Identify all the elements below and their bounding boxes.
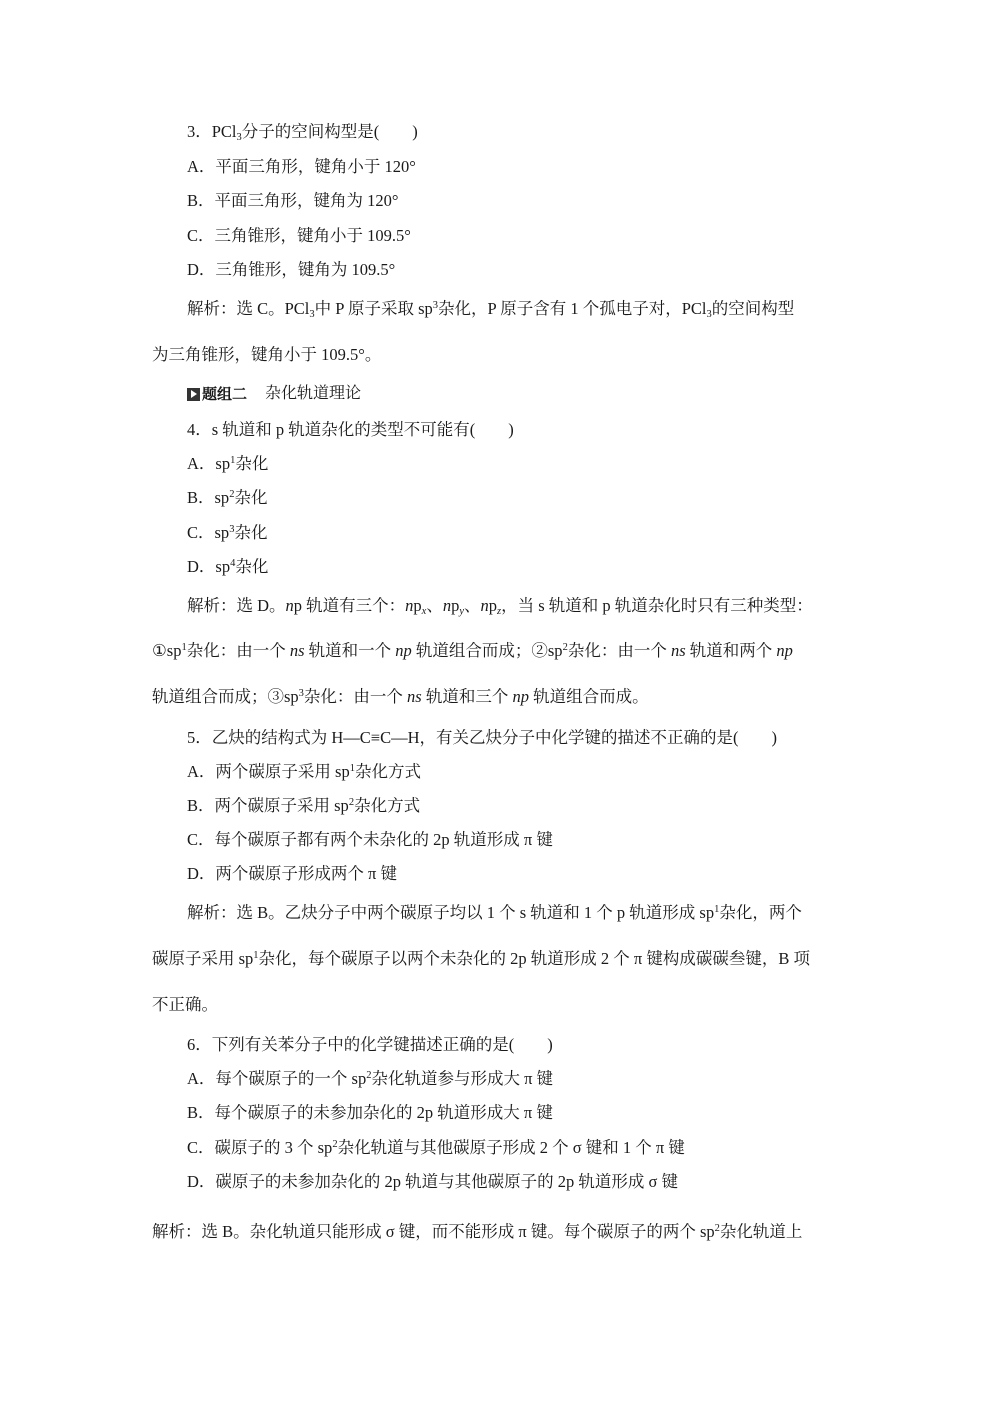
question-5-analysis-line3: 不正确。 xyxy=(152,995,218,1015)
section-title: 题组二 xyxy=(202,384,247,404)
section-subtitle: 杂化轨道理论 xyxy=(265,384,361,404)
section-header: 题组二 杂化轨道理论 xyxy=(187,384,361,404)
question-5-option-a: A．两个碳原子采用 sp1杂化方式 xyxy=(187,762,421,782)
question-4-option-d: D．sp4杂化 xyxy=(187,557,268,577)
play-triangle-icon xyxy=(187,388,200,401)
question-5-stem: 5．乙炔的结构式为 H—C≡C—H，有关乙炔分子中化学键的描述不正确的是( ) xyxy=(187,728,777,748)
question-6-analysis-line1: 解析：选 B。杂化轨道只能形成 σ 键，而不能形成 π 键。每个碳原子的两个 s… xyxy=(152,1222,802,1242)
question-4-option-b: B．sp2杂化 xyxy=(187,488,267,508)
question-3-option-b: B．平面三角形，键角为 120° xyxy=(187,191,398,211)
question-3-option-d: D．三角锥形，键角为 109.5° xyxy=(187,260,395,280)
question-3-option-a: A．平面三角形，键角小于 120° xyxy=(187,157,416,177)
question-5-option-c: C．每个碳原子都有两个未杂化的 2p 轨道形成 π 键 xyxy=(187,830,553,850)
question-6-stem: 6．下列有关苯分子中的化学键描述正确的是( ) xyxy=(187,1035,553,1055)
question-3-stem: 3．PCl3分子的空间构型是( ) xyxy=(187,122,418,142)
question-4-option-a: A．sp1杂化 xyxy=(187,454,268,474)
question-5-analysis-line2: 碳原子采用 sp1杂化，每个碳原子以两个未杂化的 2p 轨道形成 2 个 π 键… xyxy=(152,949,810,969)
question-4-stem: 4．s 轨道和 p 轨道杂化的类型不可能有( ) xyxy=(187,420,514,440)
question-6-option-a: A．每个碳原子的一个 sp2杂化轨道参与形成大 π 键 xyxy=(187,1069,553,1089)
question-5-option-b: B．两个碳原子采用 sp2杂化方式 xyxy=(187,796,420,816)
question-6-option-b: B．每个碳原子的未参加杂化的 2p 轨道形成大 π 键 xyxy=(187,1103,553,1123)
question-4-option-c: C．sp3杂化 xyxy=(187,523,267,543)
question-3-analysis-line2: 为三角锥形，键角小于 109.5°。 xyxy=(152,345,381,365)
question-3-analysis-line1: 解析：选 C。PCl3中 P 原子采取 sp3杂化，P 原子含有 1 个孤电子对… xyxy=(187,299,794,319)
question-5-option-d: D．两个碳原子形成两个 π 键 xyxy=(187,864,397,884)
question-5-analysis-line1: 解析：选 B。乙炔分子中两个碳原子均以 1 个 s 轨道和 1 个 p 轨道形成… xyxy=(187,903,802,923)
question-4-analysis-line2: ①sp1杂化：由一个 ns 轨道和一个 np 轨道组合而成；②sp2杂化：由一个… xyxy=(152,641,793,661)
question-6-option-c: C．碳原子的 3 个 sp2杂化轨道与其他碳原子形成 2 个 σ 键和 1 个 … xyxy=(187,1138,685,1158)
question-4-analysis-line3: 轨道组合而成；③sp3杂化：由一个 ns 轨道和三个 np 轨道组合而成。 xyxy=(152,687,649,707)
question-6-option-d: D．碳原子的未参加杂化的 2p 轨道与其他碳原子的 2p 轨道形成 σ 键 xyxy=(187,1172,678,1192)
question-4-analysis-line1: 解析：选 D。np 轨道有三个：npx、npy、npz，当 s 轨道和 p 轨道… xyxy=(187,596,813,616)
question-3-option-c: C．三角锥形，键角小于 109.5° xyxy=(187,226,411,246)
